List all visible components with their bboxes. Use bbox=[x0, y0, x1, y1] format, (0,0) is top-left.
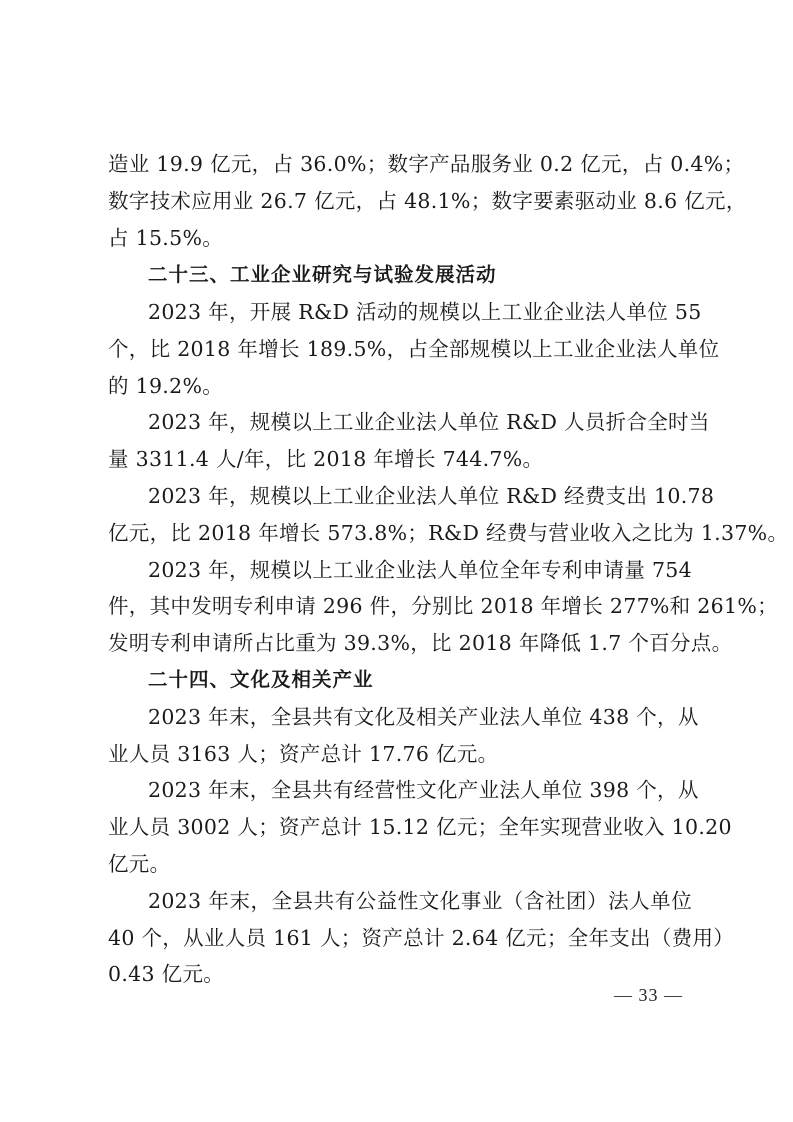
paragraph-line: 0.43 亿元。 bbox=[108, 960, 692, 988]
paragraph-line: 业人员 3002 人；资产总计 15.12 亿元；全年实现营业收入 10.20 bbox=[108, 813, 692, 841]
paragraph-line: 40 个，从业人员 161 人；资产总计 2.64 亿元；全年支出（费用） bbox=[108, 924, 692, 952]
paragraph-line: 2023 年，规模以上工业企业法人单位全年专利申请量 754 bbox=[148, 556, 692, 584]
paragraph-line: 发明专利申请所占比重为 39.3%，比 2018 年降低 1.7 个百分点。 bbox=[108, 629, 692, 657]
paragraph-line: 的 19.2%。 bbox=[108, 372, 692, 400]
paragraph-line: 亿元，比 2018 年增长 573.8%；R&D 经费与营业收入之比为 1.37… bbox=[108, 519, 692, 547]
paragraph-line: 2023 年，规模以上工业企业法人单位 R&D 人员折合全时当 bbox=[148, 408, 692, 436]
paragraph-line: 造业 19.9 亿元，占 36.0%；数字产品服务业 0.2 亿元，占 0.4%… bbox=[108, 150, 692, 178]
paragraph-line: 2023 年，开展 R&D 活动的规模以上工业企业法人单位 55 bbox=[148, 298, 692, 326]
paragraph-line: 2023 年末，全县共有文化及相关产业法人单位 438 个，从 bbox=[148, 703, 692, 731]
section-heading: 二十三、工业企业研究与试验发展活动 bbox=[148, 261, 497, 289]
paragraph-line: 占 15.5%。 bbox=[108, 224, 692, 252]
paragraph-line: 件，其中发明专利申请 296 件，分别比 2018 年增长 277%和 261%… bbox=[108, 592, 692, 620]
paragraph-line: 2023 年，规模以上工业企业法人单位 R&D 经费支出 10.78 bbox=[148, 482, 692, 510]
paragraph-line: 业人员 3163 人；资产总计 17.76 亿元。 bbox=[108, 740, 692, 768]
paragraph-line: 2023 年末，全县共有公益性文化事业（含社团）法人单位 bbox=[148, 887, 692, 915]
section-heading: 二十四、文化及相关产业 bbox=[148, 666, 374, 694]
paragraph-line: 量 3311.4 人/年，比 2018 年增长 744.7%。 bbox=[108, 445, 692, 473]
paragraph-line: 个，比 2018 年增长 189.5%，占全部规模以上工业企业法人单位 bbox=[108, 335, 692, 363]
page-number: — 33 — bbox=[614, 985, 683, 1006]
document-page: 造业 19.9 亿元，占 36.0%；数字产品服务业 0.2 亿元，占 0.4%… bbox=[0, 0, 793, 1122]
paragraph-line: 亿元。 bbox=[108, 850, 692, 878]
paragraph-line: 2023 年末，全县共有经营性文化产业法人单位 398 个，从 bbox=[148, 776, 692, 804]
paragraph-line: 数字技术应用业 26.7 亿元，占 48.1%；数字要素驱动业 8.6 亿元， bbox=[108, 187, 692, 215]
